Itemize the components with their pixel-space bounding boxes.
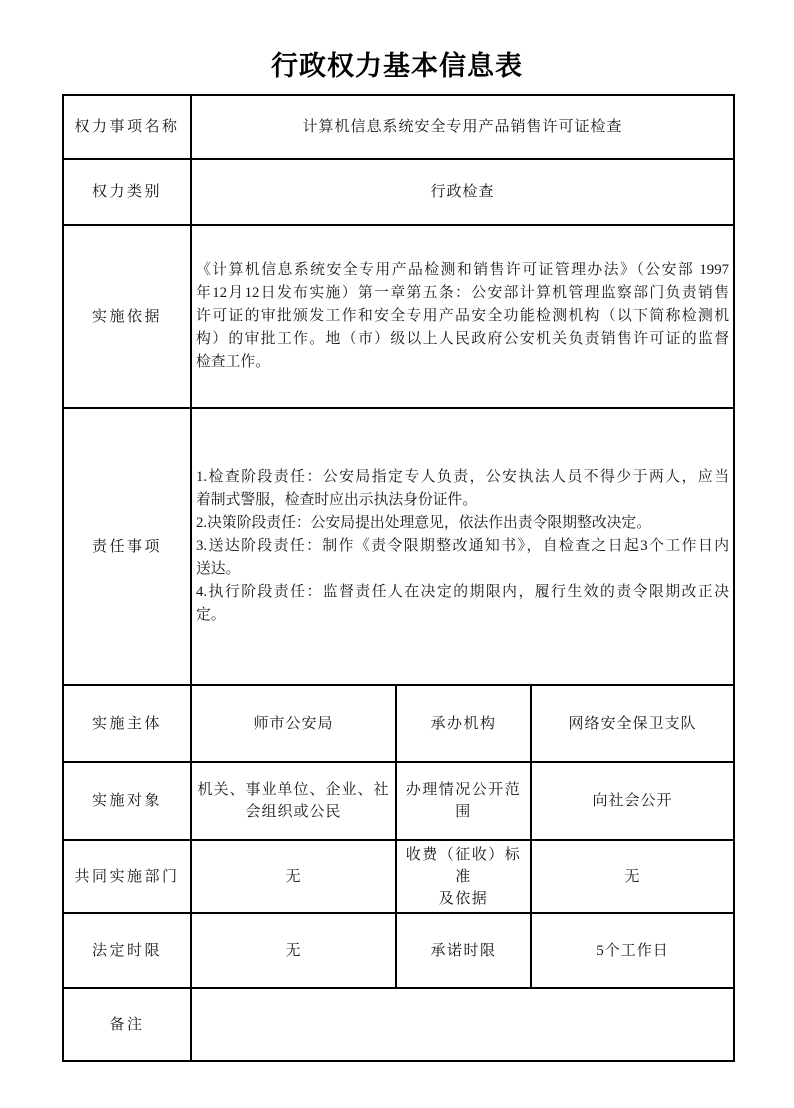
joint-implementation-dept-value: 无 [191, 840, 396, 913]
promised-time-limit-label: 承诺时限 [396, 913, 531, 988]
implementing-body-label: 实施主体 [63, 685, 191, 762]
remarks-value [191, 988, 734, 1061]
promised-time-limit-value: 5个工作日 [531, 913, 734, 988]
implementing-body-row: 实施主体 师市公安局 承办机构 网络安全保卫支队 [63, 685, 734, 762]
joint-implementation-dept-label: 共同实施部门 [63, 840, 191, 913]
power-item-name-row: 权力事项名称 计算机信息系统安全专用产品销售许可证检查 [63, 95, 734, 159]
power-category-row: 权力类别 行政检查 [63, 159, 734, 225]
disclosure-scope-label: 办理情况公开范围 [396, 762, 531, 840]
undertaking-agency-label: 承办机构 [396, 685, 531, 762]
implementation-target-value: 机关、事业单位、企业、社 会组织或公民 [191, 762, 396, 840]
power-category-label: 权力类别 [63, 159, 191, 225]
implementation-basis-value: 《计算机信息系统安全专用产品检测和销售许可证管理办法》（公安部 1997年12月… [191, 225, 734, 408]
implementing-body-value: 师市公安局 [191, 685, 396, 762]
implementation-basis-label: 实施依据 [63, 225, 191, 408]
undertaking-agency-value: 网络安全保卫支队 [531, 685, 734, 762]
power-item-name-label: 权力事项名称 [63, 95, 191, 159]
statutory-time-limit-label: 法定时限 [63, 913, 191, 988]
remarks-row: 备注 [63, 988, 734, 1061]
implementation-basis-row: 实施依据 《计算机信息系统安全专用产品检测和销售许可证管理办法》（公安部 199… [63, 225, 734, 408]
power-item-name-value: 计算机信息系统安全专用产品销售许可证检查 [191, 95, 734, 159]
responsibility-items-label: 责任事项 [63, 408, 191, 685]
statutory-time-limit-value: 无 [191, 913, 396, 988]
fee-standard-label: 收费（征收）标准 及依据 [396, 840, 531, 913]
admin-power-info-table: 权力事项名称 计算机信息系统安全专用产品销售许可证检查 权力类别 行政检查 实施… [62, 94, 735, 1062]
fee-standard-value: 无 [531, 840, 734, 913]
statutory-time-limit-row: 法定时限 无 承诺时限 5个工作日 [63, 913, 734, 988]
remarks-label: 备注 [63, 988, 191, 1061]
implementation-target-label: 实施对象 [63, 762, 191, 840]
implementation-target-row: 实施对象 机关、事业单位、企业、社 会组织或公民 办理情况公开范围 向社会公开 [63, 762, 734, 840]
page-title: 行政权力基本信息表 [0, 0, 794, 83]
disclosure-scope-value: 向社会公开 [531, 762, 734, 840]
power-category-value: 行政检查 [191, 159, 734, 225]
responsibility-items-row: 责任事项 1.检查阶段责任：公安局指定专人负责，公安执法人员不得少于两人，应当着… [63, 408, 734, 685]
joint-implementation-dept-row: 共同实施部门 无 收费（征收）标准 及依据 无 [63, 840, 734, 913]
responsibility-items-value: 1.检查阶段责任：公安局指定专人负责，公安执法人员不得少于两人，应当着制式警服，… [191, 408, 734, 685]
